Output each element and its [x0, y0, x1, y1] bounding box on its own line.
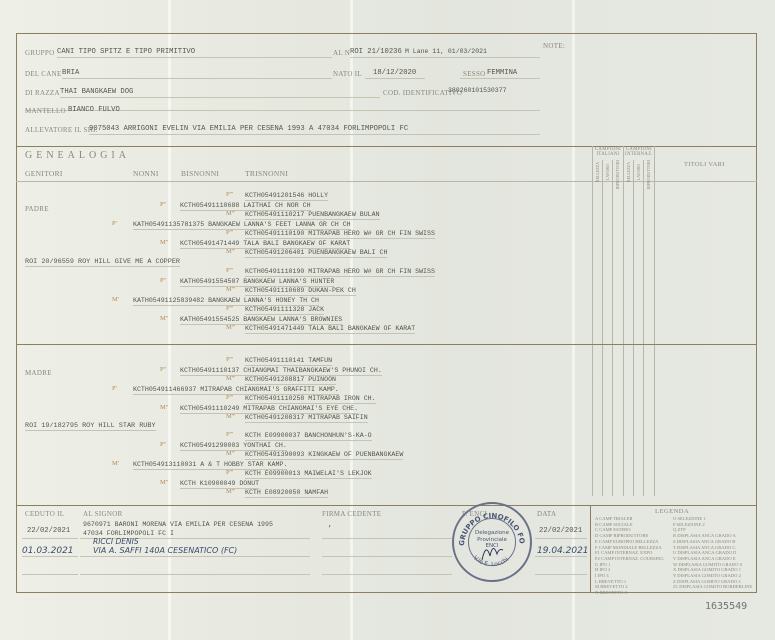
legenda-left-list: A CAMP TRIALER B CAMP SOCIALE C CAMP EST…	[595, 516, 664, 596]
sub-col-riproduttori-int: RIPRODUTTORI	[646, 160, 651, 189]
sire-mark: P'	[112, 385, 117, 392]
nato-label: NATO IL	[333, 70, 362, 78]
pedigree-entry: KCTH05491111328 JACK	[245, 306, 324, 315]
firma-label: FIRMA CEDENTE	[322, 510, 381, 518]
pedigree-entry: KCTH05491471449 TALA BALI BANGKAEW OF KA…	[180, 240, 350, 249]
transfer-date-1: 22/02/2021	[27, 527, 70, 535]
sire-mark: P'''	[226, 191, 233, 198]
firma-1: ,	[328, 521, 332, 529]
pedigree-entry: KCTH E09900037 BANCHONHUN'S-KA-O	[245, 432, 372, 441]
pedigree-entry: KCTH05491110249 MITRAPAB CHIANGMAI'S EYE…	[180, 405, 358, 414]
pedigree-entry: KCTH05491390093 KINGKAEW OF PUENBANGKAEW	[245, 451, 403, 460]
pedigree-entry: KCTH K10900049 DONUT	[180, 480, 259, 489]
gruppo-value: CANI TIPO SPITZ E TIPO PRIMITIVO	[57, 48, 195, 56]
svg-text:V.le E. Locchi: V.le E. Locchi	[472, 554, 511, 568]
stamp-bottom-text: V.le E. Locchi	[472, 554, 511, 568]
breed-value: THAI BANGKAEW DOG	[60, 88, 133, 96]
sub-col-lavoro-int: LAVORO	[636, 164, 641, 180]
col-trisnonni: TRISNONNI	[245, 169, 288, 178]
stamp-center-text: Delegazione Provinciale ENCI	[472, 530, 512, 550]
dam-mark: M''	[160, 315, 168, 322]
dam-mark: M'''	[226, 375, 235, 382]
dam-mark: M'	[112, 460, 119, 467]
legend-item: F2 CAMP INTERNAZ. COURSING	[595, 556, 664, 562]
pedigree-entry: KCTH05491110190 MITRAPAB HERO W# GR CH F…	[245, 268, 435, 277]
sire-mark: P''	[160, 366, 166, 373]
legend-item: Y DISPLASIA GOMITO GRADO 2	[673, 573, 752, 579]
pedigree-entry: KCTH05491110190 MITRAPAB HERO W# GR CH F…	[245, 230, 435, 239]
ceduto-label: CEDUTO IL	[25, 510, 64, 518]
sire-mark: P'	[112, 220, 117, 227]
pedigree-entry: KCTH05491110217 PUENBANGKAEW BULAN	[245, 211, 380, 220]
dam-mark: M'''	[226, 413, 235, 420]
pedigree-entry: KCTH E08920050 NAMFAH	[245, 489, 328, 498]
sire-mark: P'''	[226, 431, 233, 438]
serial-number: 1635549	[705, 601, 747, 612]
pedigree-entry: KCTH E09900013 MAIWELAI'S LEKJOK	[245, 470, 372, 479]
padre-label: PADRE	[25, 205, 49, 213]
pedigree-entry: KCTH054911466937 MITRAPAB CHIANGMAI'S GR…	[133, 386, 339, 395]
pedigree-entry: KATH05491554507 BANGKAEW LANNA'S HUNTER	[180, 278, 334, 287]
data-2: 19.04.2021	[537, 546, 589, 556]
transfer-to-2-line1: RICCI DENIS	[93, 537, 139, 546]
sire-mark: P''	[160, 441, 166, 448]
sex-value: FEMMINA	[487, 69, 517, 77]
pedigree-entry: KCTH05491110258 MITRAPAB IRON CH.	[245, 395, 376, 404]
campioni-internaz-header: CAMPIONI INTERNAZ.	[625, 147, 653, 157]
titoli-vari-header: TITOLI VARI	[684, 161, 725, 168]
del-cane-label: DEL CANE	[25, 70, 62, 78]
pedigree-entry: KCTH05491206401 PUENBANGKAEW BALI CH	[245, 249, 387, 258]
col-bisnonni: BISNONNI	[181, 169, 219, 178]
sire-mark: P'''	[226, 356, 233, 363]
dam-mark: M''	[160, 404, 168, 411]
data-label: DATA	[537, 510, 556, 518]
sub-col-bellezza-int: BELLEZZA	[626, 162, 631, 182]
col-genitori: GENITORI	[25, 169, 63, 178]
sire-name: ROI 20/96559 ROY HILL GIVE ME A COPPER	[25, 258, 180, 267]
madre-label: MADRE	[25, 369, 52, 377]
genealogia-title: GENEALOGIA	[25, 150, 130, 161]
al-n-value: ROI 21/10236	[350, 48, 402, 56]
dog-name: BRIA	[62, 69, 79, 77]
sub-col-bellezza: BELLEZZA	[595, 162, 600, 182]
pedigree-entry: KCTH054913110031 A & T HOBBY STAR KAMP.	[133, 461, 287, 470]
pedigree-entry: KCTH05491208817 PUINOON	[245, 376, 336, 385]
sire-mark: P''	[160, 201, 166, 208]
gruppo-label: GRUPPO	[25, 49, 54, 57]
dam-mark: M'''	[226, 248, 235, 255]
legend-item: N BREVETTO 3	[595, 590, 664, 596]
pedigree-entry: KCTH05491110137 CHIANGMAI THAIBANGKAEW'S…	[180, 367, 382, 376]
data-1: 22/02/2021	[539, 527, 582, 535]
transfer-to-1-line1: 9670971 BARONI MORENA VIA EMILIA PER CES…	[83, 521, 273, 528]
enci-stamp: GRUPPO CINOFILO FORLIVESE V.le E. Locchi…	[452, 502, 532, 582]
transfer-date-2: 01.03.2021	[22, 546, 74, 556]
razza-label: DI RAZZA	[25, 89, 60, 97]
coat-value: BIANCO FULVO	[68, 106, 120, 114]
dam-mark: M'	[112, 296, 119, 303]
sire-mark: P'''	[226, 469, 233, 476]
sire-mark: P''	[160, 277, 166, 284]
mantello-label: MANTELLO	[25, 107, 66, 115]
transfer-to-2-line2: VIA A. SAFFI 140A CESENATICO (FC)	[93, 546, 237, 555]
dam-mark: M''	[160, 479, 168, 486]
dam-mark: M'''	[226, 324, 235, 331]
note-label: NOTE:	[543, 42, 565, 50]
issue-date: M Lane 11, 01/03/2021	[405, 48, 487, 55]
sire-mark: P'''	[226, 267, 233, 274]
pedigree-entry: KCTH05491201546 HOLLY	[245, 192, 328, 201]
dam-mark: M'''	[226, 210, 235, 217]
transfer-to-1-line2: 47034 FORLIMPOPOLI FC I	[83, 530, 174, 537]
pedigree-entry: KCTH05491208317 MITRAPAB SAIFIN	[245, 414, 368, 423]
sire-mark: P'''	[226, 305, 233, 312]
birth-date: 18/12/2020	[373, 69, 416, 77]
dam-mark: M'''	[226, 286, 235, 293]
allevatore-label: ALLEVATORE IL SIG.	[25, 126, 98, 134]
pedigree-entry: KCTH05491110688 LAITHAI CH NOR CH	[180, 202, 311, 211]
dam-mark: M'''	[226, 450, 235, 457]
sesso-label: SESSO	[463, 70, 486, 78]
sire-mark: P'''	[226, 394, 233, 401]
dam-mark: M''	[160, 239, 168, 246]
sire-mark: P'''	[226, 229, 233, 236]
dam-name: ROI 19/182795 ROY HILL STAR RUBY	[25, 422, 156, 431]
campioni-italiani-header: CAMPIONI ITALIANI	[594, 147, 622, 157]
sub-col-lavoro: LAVORO	[605, 164, 610, 180]
legend-item: Z1 DISPLASIA GOMITO BORDERLINE	[673, 584, 752, 590]
breeder-value: 9075043 ARRIGONI EVELIN VIA EMILIA PER C…	[89, 125, 408, 133]
certificate-frame	[16, 33, 757, 593]
legenda-title: LEGENDA	[655, 508, 689, 515]
al-signor-label: AL SIGNOR	[83, 510, 123, 518]
microchip-value: 380260101530377	[448, 87, 507, 94]
dam-mark: M'''	[226, 488, 235, 495]
pedigree-entry: KCTH05491110689 DUKAN-PEK CH	[245, 287, 356, 296]
pedigree-entry: KCTH05491471449 TALA BALI BANGKAEW OF KA…	[245, 325, 415, 334]
legend-item: E CAMP EUROPEO BELLEZZA	[595, 539, 664, 545]
sub-col-riproduttori: RIPRODUTTORI	[615, 160, 620, 189]
col-nonni: NONNI	[133, 169, 159, 178]
pedigree-entry: KCTH05491110141 TAMFUN	[245, 357, 332, 366]
pedigree-entry: KATH05491554525 BANGKAEW LANNA'S BROWNIE…	[180, 316, 342, 325]
legenda-right-list: O SELEZIONE 1 P SELEZIONE 2 Q ZTP R DISP…	[673, 516, 752, 590]
pedigree-entry: KATH05491135781375 BANGKAEW LANNA'S FEET…	[133, 221, 351, 230]
pedigree-certificate: GRUPPO CANI TIPO SPITZ E TIPO PRIMITIVO …	[0, 0, 775, 640]
